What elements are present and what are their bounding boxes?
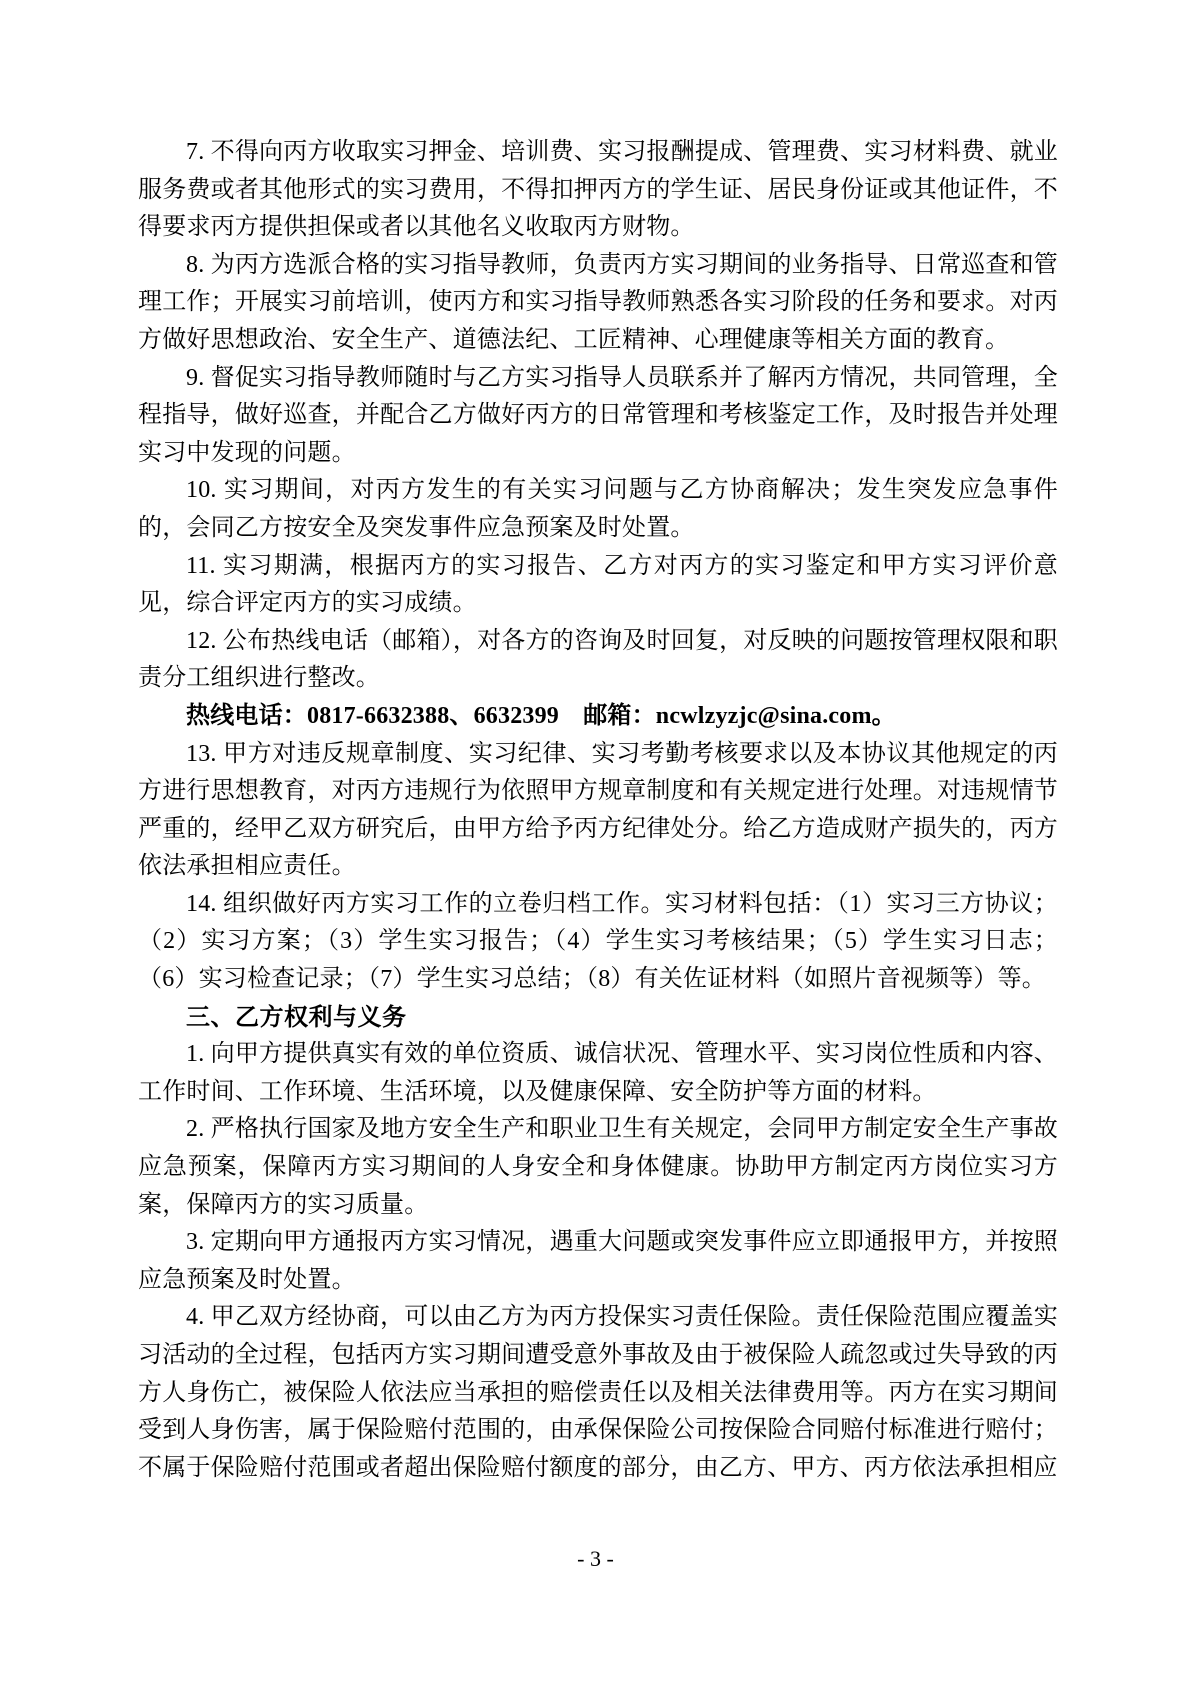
page-number: - 3 - <box>0 1546 1191 1572</box>
clause-13: 13. 甲方对违反规章制度、实习纪律、实习考勤考核要求以及本协议其他规定的丙方进… <box>138 736 1058 886</box>
section-heading-party-b-rights: 三、乙方权利与义务 <box>138 999 1058 1037</box>
clause-3-2: 2. 严格执行国家及地方安全生产和职业卫生有关规定，会同甲方制定安全生产事故应急… <box>138 1111 1058 1224</box>
clause-9: 9. 督促实习指导教师随时与乙方实习指导人员联系并了解丙方情况，共同管理，全程指… <box>138 360 1058 473</box>
hotline-contact-line: 热线电话：0817-6632388、6632399 邮箱：ncwlzyzjc@s… <box>138 698 1058 736</box>
clause-7: 7. 不得向丙方收取实习押金、培训费、实习报酬提成、管理费、实习材料费、就业服务… <box>138 134 1058 247</box>
clause-14: 14. 组织做好丙方实习工作的立卷归档工作。实习材料包括：（1）实习三方协议；（… <box>138 886 1058 999</box>
clause-3-4: 4. 甲乙双方经协商，可以由乙方为丙方投保实习责任保险。责任保险范围应覆盖实习活… <box>138 1299 1058 1487</box>
document-text-block: 7. 不得向丙方收取实习押金、培训费、实习报酬提成、管理费、实习材料费、就业服务… <box>138 134 1058 1487</box>
clause-3-3: 3. 定期向甲方通报丙方实习情况，遇重大问题或突发事件应立即通报甲方，并按照应急… <box>138 1224 1058 1299</box>
clause-11: 11. 实习期满，根据丙方的实习报告、乙方对丙方的实习鉴定和甲方实习评价意见，综… <box>138 548 1058 623</box>
clause-8: 8. 为丙方选派合格的实习指导教师，负责丙方实习期间的业务指导、日常巡查和管理工… <box>138 247 1058 360</box>
clause-3-1: 1. 向甲方提供真实有效的单位资质、诚信状况、管理水平、实习岗位性质和内容、工作… <box>138 1036 1058 1111</box>
document-page: 7. 不得向丙方收取实习押金、培训费、实习报酬提成、管理费、实习材料费、就业服务… <box>0 0 1191 1684</box>
clause-12: 12. 公布热线电话（邮箱），对各方的咨询及时回复，对反映的问题按管理权限和职责… <box>138 623 1058 698</box>
clause-10: 10. 实习期间，对丙方发生的有关实习问题与乙方协商解决；发生突发应急事件的，会… <box>138 472 1058 547</box>
